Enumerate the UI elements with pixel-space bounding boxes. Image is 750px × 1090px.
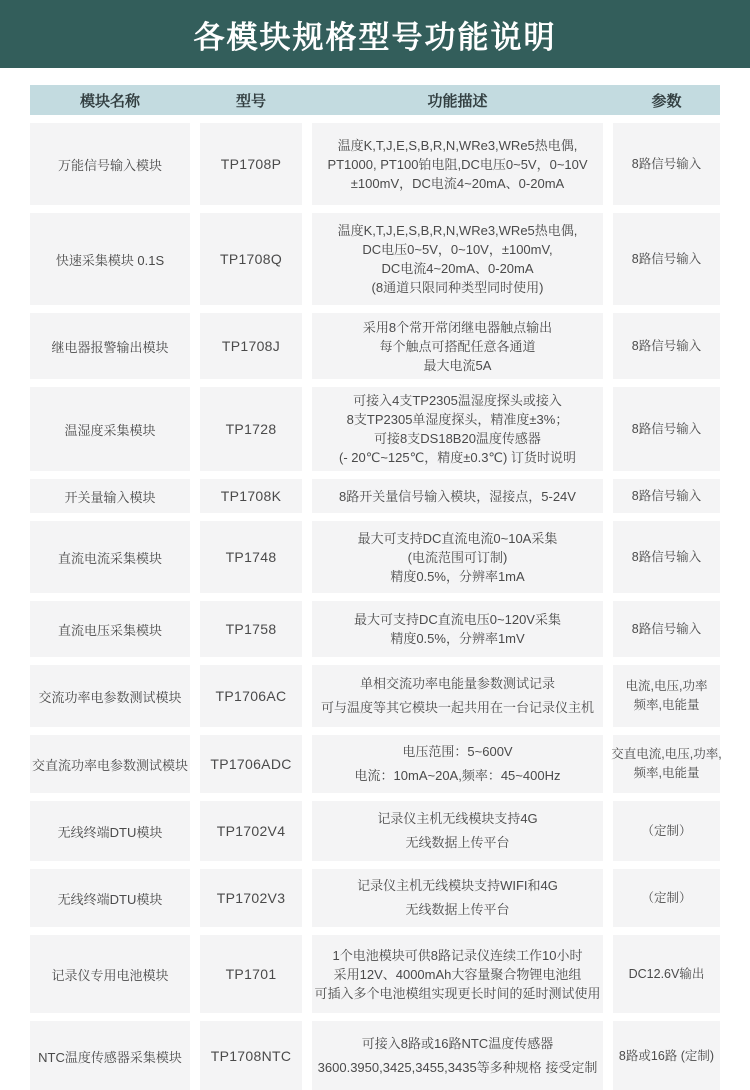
table-row: 无线终端DTU模块 TP1702V3 记录仪主机无线模块支持WIFI和4G无线数…: [30, 869, 720, 927]
param-cell: 8路信号输入: [613, 479, 720, 513]
table-row: 继电器报警输出模块 TP1708J 采用8个常开常闭继电器触点输出每个触点可搭配…: [30, 313, 720, 379]
table-row: 交直流功率电参数测试模块 TP1706ADC 电压范围：5~600V电流：10m…: [30, 735, 720, 793]
column-header-module-name: 模块名称: [30, 85, 190, 115]
model-cell: TP1708P: [200, 123, 302, 205]
description-cell: 采用8个常开常闭继电器触点输出每个触点可搭配任意各通道最大电流5A: [312, 313, 603, 379]
description-cell: 记录仪主机无线模块支持WIFI和4G无线数据上传平台: [312, 869, 603, 927]
table-row: 直流电压采集模块 TP1758 最大可支持DC直流电压0~120V采集精度0.5…: [30, 601, 720, 657]
param-cell: 8路信号输入: [613, 601, 720, 657]
description-cell: 可接入8路或16路NTC温度传感器3600.3950,3425,3455,343…: [312, 1021, 603, 1090]
model-cell: TP1706ADC: [200, 735, 302, 793]
description-cell: 最大可支持DC直流电流0~10A采集(电流范围可订制)精度0.5%，分辨率1mA: [312, 521, 603, 593]
description-cell: 电压范围：5~600V电流：10mA~20A,频率：45~400Hz: [312, 735, 603, 793]
module-name-cell: 交流功率电参数测试模块: [30, 665, 190, 727]
module-name-cell: 继电器报警输出模块: [30, 313, 190, 379]
module-table: 模块名称 型号 功能描述 参数 万能信号输入模块 TP1708P 温度K,T,J…: [0, 68, 750, 1090]
module-name-cell: 温湿度采集模块: [30, 387, 190, 471]
module-name-cell: 快速采集模块 0.1S: [30, 213, 190, 305]
table-body: 万能信号输入模块 TP1708P 温度K,T,J,E,S,B,R,N,WRe3,…: [30, 123, 720, 1090]
description-cell: 温度K,T,J,E,S,B,R,N,WRe3,WRe5热电偶,DC电压0~5V，…: [312, 213, 603, 305]
module-name-cell: 直流电压采集模块: [30, 601, 190, 657]
model-cell: TP1702V4: [200, 801, 302, 861]
table-row: 记录仪专用电池模块 TP1701 1个电池模块可供8路记录仪连续工作10小时采用…: [30, 935, 720, 1013]
param-cell: 交直电流,电压,功率,频率,电能量: [613, 735, 720, 793]
model-cell: TP1708K: [200, 479, 302, 513]
module-name-cell: 开关量输入模块: [30, 479, 190, 513]
param-cell: 8路信号输入: [613, 313, 720, 379]
table-header-row: 模块名称 型号 功能描述 参数: [30, 85, 720, 115]
module-name-cell: 直流电流采集模块: [30, 521, 190, 593]
model-cell: TP1702V3: [200, 869, 302, 927]
description-cell: 1个电池模块可供8路记录仪连续工作10小时采用12V、4000mAh大容量聚合物…: [312, 935, 603, 1013]
param-cell: 8路信号输入: [613, 521, 720, 593]
page-header: 各模块规格型号功能说明: [0, 0, 750, 68]
description-cell: 可接入4支TP2305温湿度探头或接入8支TP2305单湿度探头，精准度±3%；…: [312, 387, 603, 471]
param-cell: 8路信号输入: [613, 387, 720, 471]
param-cell: DC12.6V输出: [613, 935, 720, 1013]
model-cell: TP1708J: [200, 313, 302, 379]
table-row: 万能信号输入模块 TP1708P 温度K,T,J,E,S,B,R,N,WRe3,…: [30, 123, 720, 205]
model-cell: TP1748: [200, 521, 302, 593]
description-cell: 记录仪主机无线模块支持4G无线数据上传平台: [312, 801, 603, 861]
description-cell: 温度K,T,J,E,S,B,R,N,WRe3,WRe5热电偶,PT1000, P…: [312, 123, 603, 205]
table-row: NTC温度传感器采集模块 TP1708NTC 可接入8路或16路NTC温度传感器…: [30, 1021, 720, 1090]
description-cell: 单相交流功率电能量参数测试记录可与温度等其它模块一起共用在一台记录仪主机: [312, 665, 603, 727]
param-cell: 8路或16路 (定制): [613, 1021, 720, 1090]
column-header-model: 型号: [200, 85, 302, 115]
module-name-cell: NTC温度传感器采集模块: [30, 1021, 190, 1090]
module-name-cell: 无线终端DTU模块: [30, 801, 190, 861]
table-row: 温湿度采集模块 TP1728 可接入4支TP2305温湿度探头或接入8支TP23…: [30, 387, 720, 471]
module-name-cell: 记录仪专用电池模块: [30, 935, 190, 1013]
model-cell: TP1706AC: [200, 665, 302, 727]
param-cell: 电流,电压,功率频率,电能量: [613, 665, 720, 727]
table-row: 交流功率电参数测试模块 TP1706AC 单相交流功率电能量参数测试记录可与温度…: [30, 665, 720, 727]
module-name-cell: 无线终端DTU模块: [30, 869, 190, 927]
model-cell: TP1728: [200, 387, 302, 471]
column-header-param: 参数: [613, 85, 720, 115]
param-cell: （定制）: [613, 869, 720, 927]
table-row: 快速采集模块 0.1S TP1708Q 温度K,T,J,E,S,B,R,N,WR…: [30, 213, 720, 305]
model-cell: TP1701: [200, 935, 302, 1013]
module-name-cell: 万能信号输入模块: [30, 123, 190, 205]
param-cell: （定制）: [613, 801, 720, 861]
model-cell: TP1708NTC: [200, 1021, 302, 1090]
page-title: 各模块规格型号功能说明: [194, 12, 557, 57]
model-cell: TP1708Q: [200, 213, 302, 305]
table-row: 无线终端DTU模块 TP1702V4 记录仪主机无线模块支持4G无线数据上传平台…: [30, 801, 720, 861]
column-header-description: 功能描述: [312, 85, 603, 115]
table-row: 直流电流采集模块 TP1748 最大可支持DC直流电流0~10A采集(电流范围可…: [30, 521, 720, 593]
table-row: 开关量输入模块 TP1708K 8路开关量信号输入模块，湿接点，5-24V 8路…: [30, 479, 720, 513]
param-cell: 8路信号输入: [613, 123, 720, 205]
page: 各模块规格型号功能说明 模块名称 型号 功能描述 参数 万能信号输入模块 TP1…: [0, 0, 750, 1090]
description-cell: 8路开关量信号输入模块，湿接点，5-24V: [312, 479, 603, 513]
param-cell: 8路信号输入: [613, 213, 720, 305]
description-cell: 最大可支持DC直流电压0~120V采集精度0.5%，分辨率1mV: [312, 601, 603, 657]
module-name-cell: 交直流功率电参数测试模块: [30, 735, 190, 793]
model-cell: TP1758: [200, 601, 302, 657]
